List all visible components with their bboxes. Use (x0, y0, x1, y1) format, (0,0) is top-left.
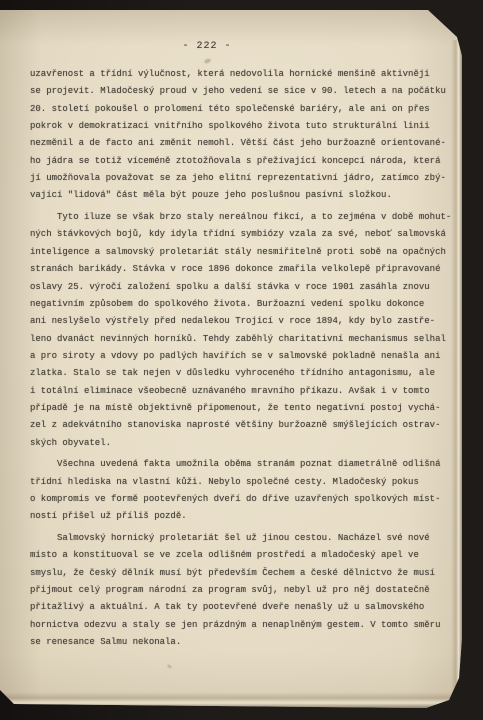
scanned-page: - 222 - uzavřenost a třídní výlučnost, k… (0, 10, 462, 708)
body-paragraph-4: Salmovský hornický proletariát šel už ji… (30, 530, 454, 651)
paper-speck (167, 664, 173, 669)
ink-smudge (203, 58, 211, 65)
scan-background: - 222 - uzavřenost a třídní výlučnost, k… (0, 0, 483, 720)
page-number: - 222 - (0, 41, 414, 52)
page-body: uzavřenost a třídní výlučnost, která ned… (30, 66, 454, 656)
body-paragraph-3: Všechna uvedená fakta umožnila oběma str… (30, 456, 454, 525)
body-paragraph-2: Tyto iluze se však brzo staly nereálnou … (30, 209, 454, 452)
body-paragraph-1: uzavřenost a třídní výlučnost, která ned… (30, 66, 454, 205)
paper-speck (57, 229, 60, 232)
page-fore-edge-bottom (4, 692, 460, 708)
